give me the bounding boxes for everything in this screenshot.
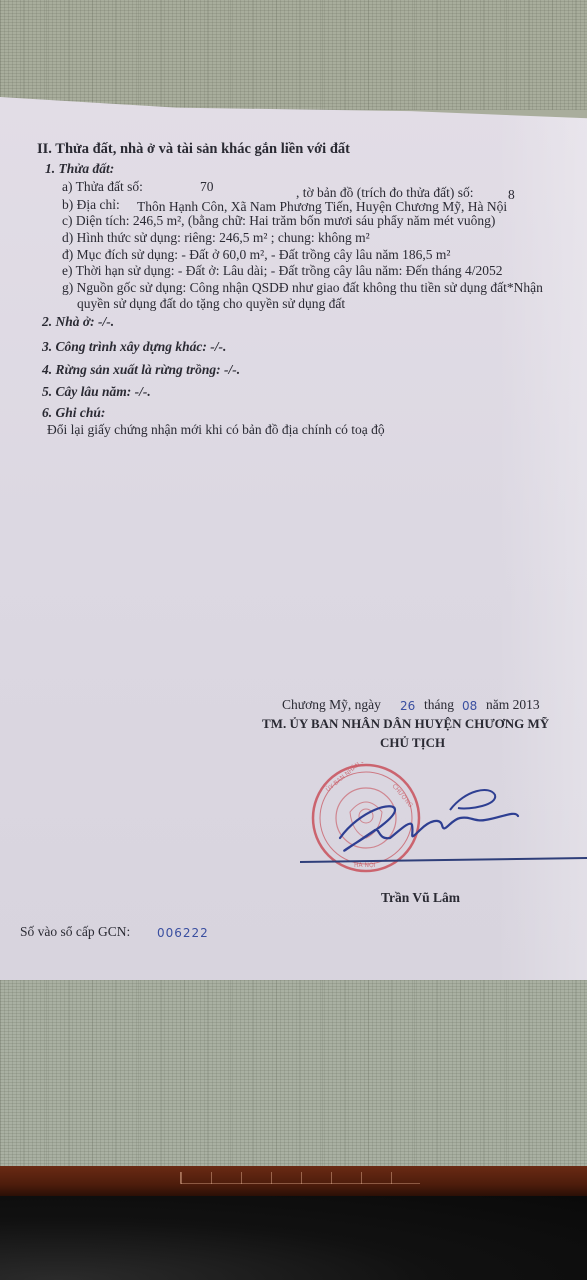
section-title: II. Thửa đất, nhà ở và tài sản khác gắn … — [37, 141, 350, 157]
address-label: b) Địa chỉ: — [62, 197, 120, 213]
house-item: 2. Nhà ở: -/-. — [42, 314, 114, 330]
origin-line-cont: quyền sử dụng đất do tặng cho quyền sử d… — [77, 296, 345, 312]
signer-position: CHỦ TỊCH — [380, 735, 445, 751]
notes-text: Đổi lại giấy chứng nhận mới khi có bản đ… — [47, 422, 385, 438]
map-sheet-value: 8 — [508, 187, 515, 203]
usage-term-line: e) Thời hạn sử dụng: - Đất ở: Lâu dài; -… — [62, 263, 503, 279]
date-month-label: tháng — [424, 697, 454, 713]
parcel-number-label: a) Thửa đất số: — [62, 179, 143, 195]
ruler-ticks — [180, 1172, 420, 1184]
other-construction-item: 3. Công trình xây dựng khác: -/-. — [42, 339, 226, 355]
issuing-authority: TM. ỦY BAN NHÂN DÂN HUYỆN CHƯƠNG MỸ — [262, 716, 549, 732]
signature-icon — [300, 780, 587, 870]
ruler — [0, 1166, 587, 1196]
background-fabric-top — [0, 0, 587, 110]
perennial-item: 5. Cây lâu năm: -/-. — [42, 384, 151, 400]
background-fabric-bottom — [0, 980, 587, 1170]
dark-surface — [0, 1196, 587, 1280]
forest-item: 4. Rừng sản xuất là rừng trồng: -/-. — [42, 362, 240, 378]
usage-purpose-line: đ) Mục đích sử dụng: - Đất ở 60,0 m², - … — [62, 247, 450, 263]
land-heading: 1. Thửa đất: — [45, 161, 114, 177]
area-line: c) Diện tích: 246,5 m², (bằng chữ: Hai t… — [62, 213, 495, 229]
origin-line: g) Nguồn gốc sử dụng: Công nhận QSDĐ như… — [62, 280, 543, 296]
registry-number: 006222 — [157, 925, 209, 941]
notes-heading: 6. Ghi chú: — [42, 405, 105, 421]
date-year: năm 2013 — [486, 697, 540, 713]
signer-name: Trần Vũ Lâm — [381, 890, 460, 906]
date-place: Chương Mỹ, ngày — [282, 697, 381, 713]
date-day: 26 — [400, 698, 415, 714]
registry-label: Số vào sổ cấp GCN: — [20, 924, 130, 940]
parcel-number-value: 70 — [200, 179, 214, 195]
usage-form-line: d) Hình thức sử dụng: riêng: 246,5 m² ; … — [62, 230, 370, 246]
date-month: 08 — [462, 698, 477, 714]
